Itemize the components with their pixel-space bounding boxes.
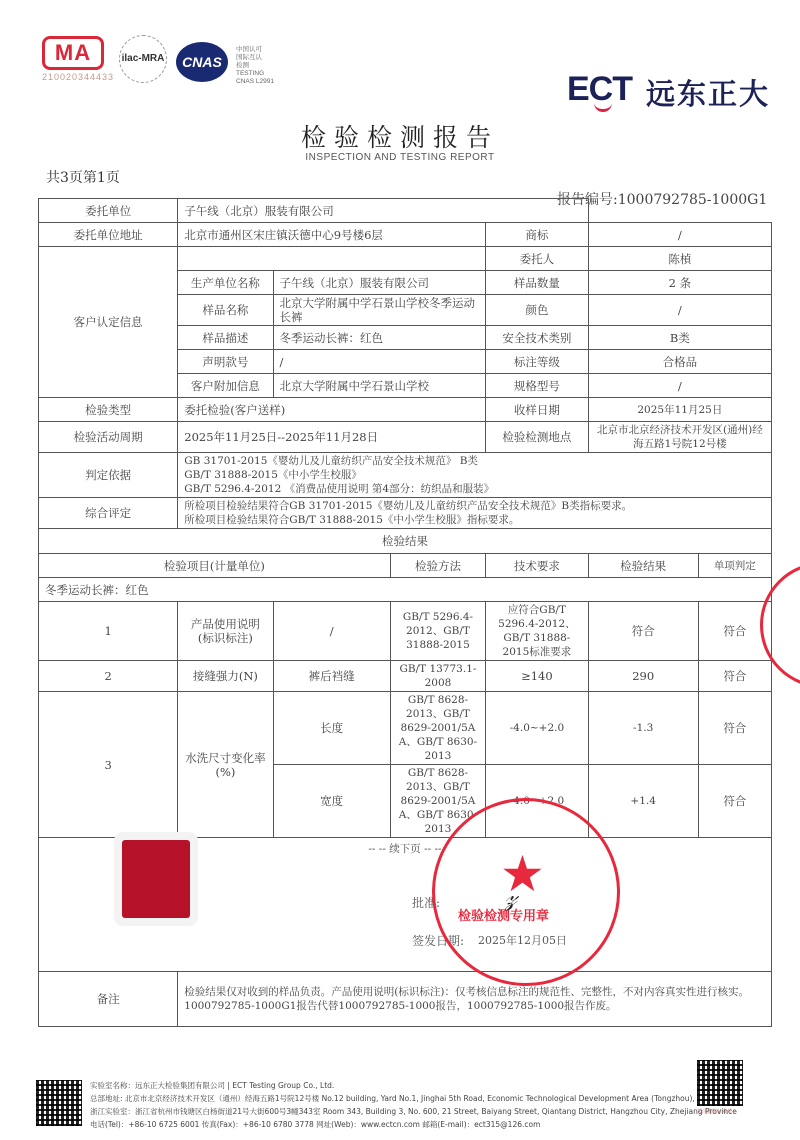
results-group-label: 冬季运动长裤：红色 <box>39 578 772 602</box>
customer-row-rlabel: 标注等级 <box>486 350 589 374</box>
ect-brand-cn: 远东正大 <box>646 72 770 113</box>
basis-line: GB/T 31888-2015《中小学生校服》 <box>184 468 765 482</box>
location-label: 检验检测地点 <box>486 422 589 453</box>
basis-line: GB/T 5296.4-2012 《消费品使用说明 第4部分：纺织品和服装》 <box>184 482 765 496</box>
cnas-caption: 中国认可 国际互认 检测 TESTING CNAS L2991 <box>236 46 274 86</box>
basis-value: GB 31701-2015《婴幼儿及儿童纺织产品安全技术规范》 B类 GB/T … <box>178 453 772 498</box>
client-label: 委托单位 <box>39 199 178 223</box>
basis-line: GB 31701-2015《婴幼儿及儿童纺织产品安全技术规范》 B类 <box>184 454 765 468</box>
customer-row-value: 北京大学附属中学石景山学校冬季运动长裤 <box>273 295 486 326</box>
fabric-sample-swatch <box>122 840 190 918</box>
address-label: 委托单位地址 <box>39 223 178 247</box>
page-info: 共3页第1页 <box>46 167 120 187</box>
report-title: 检验检测报告 <box>0 118 800 154</box>
customer-row-rlabel: 样品数量 <box>486 271 589 295</box>
customer-row-label: 样品名称 <box>178 295 273 326</box>
results-header-method: 检验方法 <box>390 554 485 578</box>
trademark-label: 商标 <box>486 223 589 247</box>
cnas-caption-line: TESTING <box>236 70 274 78</box>
client-value: 子午线（北京）服装有限公司 <box>178 199 588 223</box>
cma-number: 210020344433 <box>42 72 114 82</box>
result-row: 3 水洗尺寸变化率(%) 长度 GB/T 8628-2013、GB/T 8629… <box>39 692 772 765</box>
type-label: 检验类型 <box>39 398 178 422</box>
receive-value: 2025年11月25日 <box>588 398 771 422</box>
remarks-label: 备注 <box>39 972 178 1027</box>
address-value: 北京市通州区宋庄镇沃德中心9号楼6层 <box>178 223 486 247</box>
conclusion-label: 综合评定 <box>39 498 178 529</box>
customer-row-rvalue: B类 <box>588 326 771 350</box>
basis-label: 判定依据 <box>39 453 178 498</box>
stamp-text: 检验检测专用章 <box>458 905 549 924</box>
footer-hq-address: 总部地址: 北京市北京经济技术开发区（通州）经海五路1号院12号楼 No.12 … <box>90 1093 723 1104</box>
entrustor-value: 陈楨 <box>588 247 771 271</box>
cnas-caption-line: 中国认可 <box>236 46 274 54</box>
result-row: 1 产品使用说明(标识标注) / GB/T 5296.4-2012、GB/T 3… <box>39 602 772 661</box>
results-header-verdict: 单项判定 <box>698 554 771 578</box>
footer-zj-lab: 浙江实验室：浙江省杭州市钱塘区白杨街道21号大街600号3幢343室 Room … <box>90 1106 737 1117</box>
period-value: 2025年11月25日--2025年11月28日 <box>178 422 486 453</box>
customer-row-rvalue: 2 条 <box>588 271 771 295</box>
cnas-caption-line: CNAS L2991 <box>236 78 274 86</box>
customer-group-label: 客户认定信息 <box>39 247 178 398</box>
customer-row-label: 声明款号 <box>178 350 273 374</box>
customer-row-label: 生产单位名称 <box>178 271 273 295</box>
customer-row-value: / <box>273 350 486 374</box>
remarks-text: 检验结果仅对收到的样品负责。产品使用说明(标识标注)：仅考核信息标注的规范性、完… <box>178 972 772 1027</box>
results-header-result: 检验结果 <box>588 554 698 578</box>
results-header-req: 技术要求 <box>486 554 589 578</box>
results-header-item: 检验项目(计量单位) <box>39 554 391 578</box>
cnas-logo: CNAS <box>176 42 228 82</box>
customer-row-rlabel: 规格型号 <box>486 374 589 398</box>
trademark-value: / <box>588 223 771 247</box>
wechat-qr-code-icon <box>697 1060 743 1106</box>
entrustor-label: 委托人 <box>486 247 589 271</box>
customer-row-value: 北京大学附属中学石景山学校 <box>273 374 486 398</box>
conclusion-line: 所检项目检验结果符合GB/T 31888-2015《中小学生校服》指标要求。 <box>184 513 765 527</box>
customer-row-rvalue: / <box>588 374 771 398</box>
cnas-caption-line: 检测 <box>236 62 274 70</box>
result-row: 2 接缝强力(N) 裤后裆缝 GB/T 13773.1-2008 ≥140 29… <box>39 661 772 692</box>
report-title-en: INSPECTION AND TESTING REPORT <box>0 152 800 163</box>
type-value: 委托检验(客户送样) <box>178 398 486 422</box>
customer-row-value: 冬季运动长裤：红色 <box>273 326 486 350</box>
customer-row-label: 客户附加信息 <box>178 374 273 398</box>
cma-logo: MA <box>42 36 104 70</box>
period-label: 检验活动周期 <box>39 422 178 453</box>
cnas-caption-line: 国际互认 <box>236 54 274 62</box>
receive-label: 收样日期 <box>486 398 589 422</box>
customer-row-label: 样品描述 <box>178 326 273 350</box>
customer-row-rlabel: 安全技术类别 <box>486 326 589 350</box>
customer-row-rvalue: 合格品 <box>588 350 771 374</box>
footer-contact: 电话(Tel)：+86-10 6725 6001 传真(Fax)：+86-10 … <box>90 1119 540 1130</box>
location-value: 北京市北京经济技术开发区(通州)经海五路1号院12号楼 <box>588 422 771 453</box>
customer-row-rlabel: 颜色 <box>486 295 589 326</box>
results-title: 检验结果 <box>39 529 772 554</box>
conclusion-line: 所检项目检验结果符合GB 31701-2015《婴幼儿及儿童纺织产品安全技术规范… <box>184 499 765 513</box>
signature: 𝓏 <box>505 882 517 913</box>
footer-lab-name: 实验室名称：远东正大检验集团有限公司 | ECT Testing Group C… <box>90 1080 334 1091</box>
qr-code-icon <box>36 1080 82 1126</box>
customer-row-value: 子午线（北京）服装有限公司 <box>273 271 486 295</box>
conclusion-value: 所检项目检验结果符合GB 31701-2015《婴幼儿及儿童纺织产品安全技术规范… <box>178 498 772 529</box>
ect-smile-icon <box>594 103 612 112</box>
continued-text: -- -- 续下页 -- -- <box>368 843 441 855</box>
customer-row-rvalue: / <box>588 295 771 326</box>
qr-caption: 关注微信公众号 <box>697 1108 732 1115</box>
ilac-mra-logo: ilac-MRA <box>119 35 167 83</box>
